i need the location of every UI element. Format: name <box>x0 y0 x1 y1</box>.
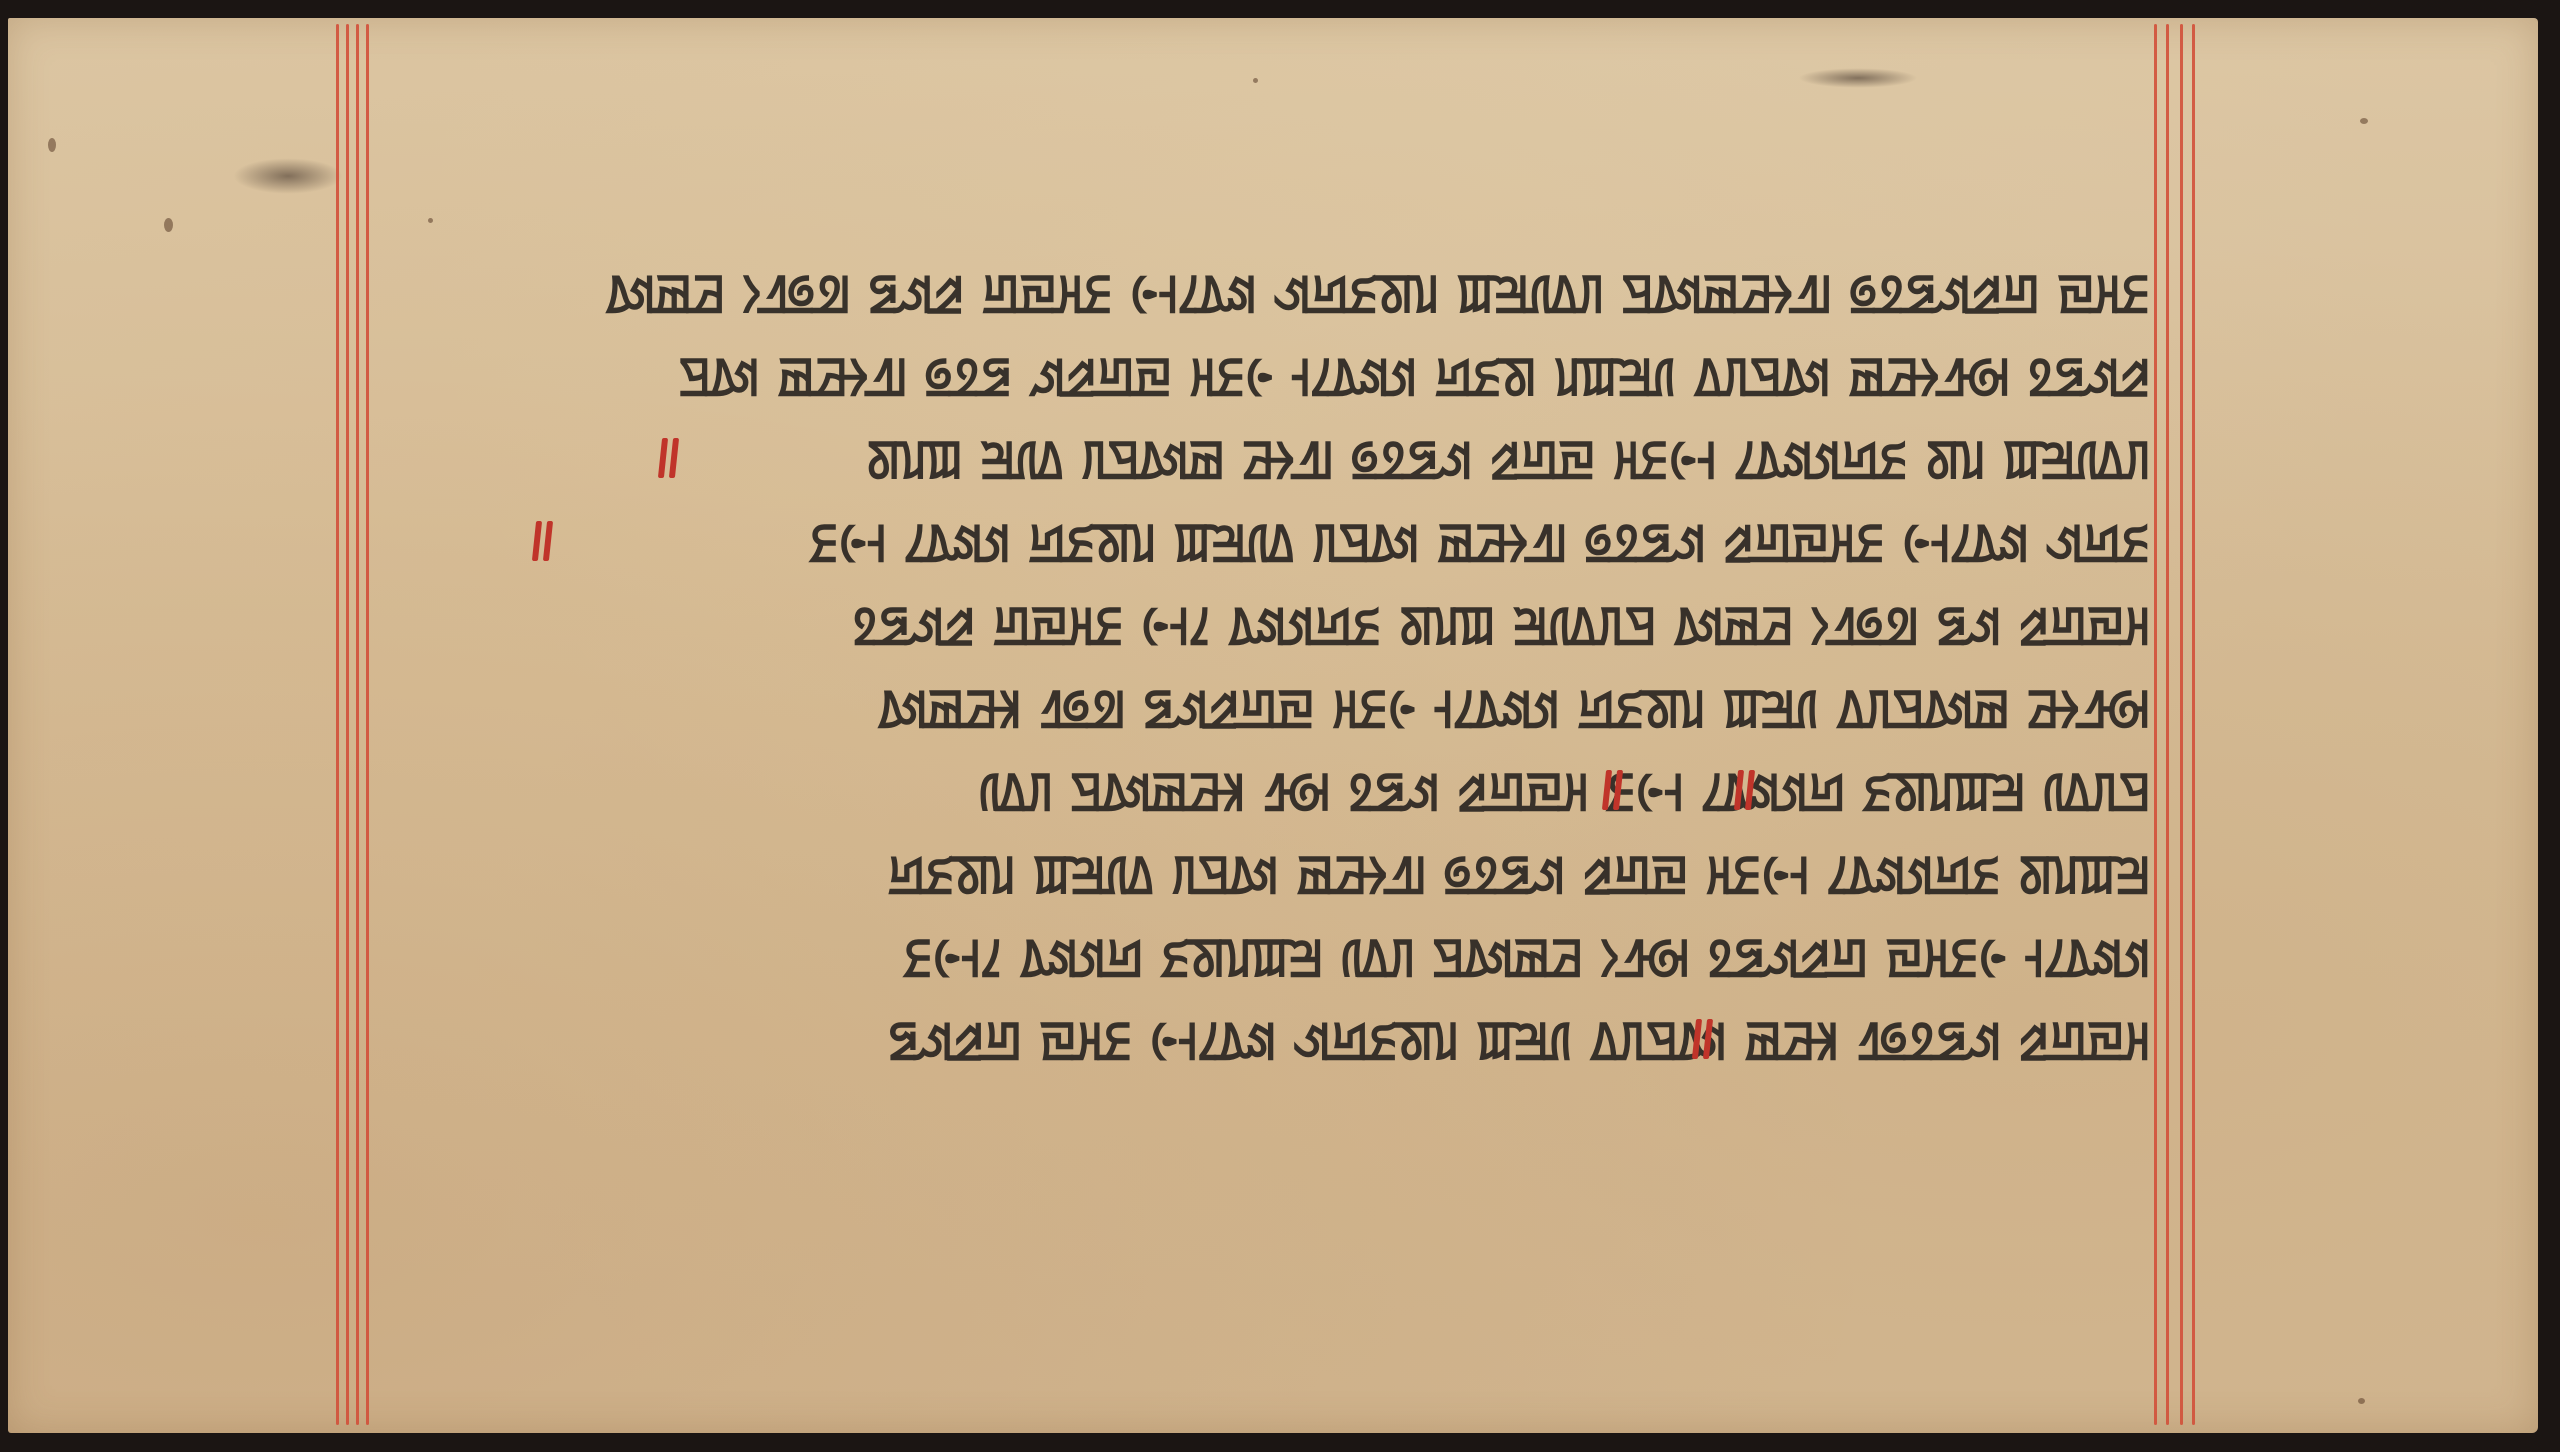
manuscript-line-10: ꡘꡙꡚꡛ ꡜꡝꡞꡟꡠ ꡡꡢꡣ ꡤꡥꡦꡧ ꡨꡩꡪ ꡫꡬꡭꡮꡯ ꡰꡱꡲꡳ ꡗꡘꡙ ꡚ… <box>380 990 2150 1073</box>
left-margin-rule <box>366 24 369 1425</box>
left-margin-rule <box>346 24 349 1425</box>
manuscript-text-block: ꡗꡘꡙ ꡚꡛꡜꡝꡞꡟ ꡠꡡꡢꡣꡤꡥ ꡦꡧꡨꡩꡪ ꡫꡬꡭꡮꡯ ꡰꡱꡲꡳ ꡗꡘꡙꡚ … <box>380 243 2150 1073</box>
paper-speck <box>1253 78 1258 83</box>
manuscript-line-5: ꡘꡙꡚꡛ ꡜꡝ ꡞꡟꡠꡡ ꡢꡣꡤ ꡥꡦꡧꡨꡩ ꡪꡫꡬ ꡭꡮꡯꡰ ꡱꡲꡳ ꡗꡘꡙꡚ… <box>380 575 2150 658</box>
manuscript-line-6: ꡟꡠꡡꡢ ꡣꡤꡥꡦꡧ ꡨꡩꡪ ꡫꡬꡭꡮ ꡯꡰꡱꡲ ꡳꡗꡘ ꡙꡚꡛꡜꡝ ꡞꡟꡠ ꡡ… <box>380 658 2150 741</box>
line-script: ꡗꡘꡙ ꡚꡛꡜꡝꡞꡟ ꡠꡡꡢꡣꡤꡥ ꡦꡧꡨꡩꡪ ꡫꡬꡭꡮꡯ ꡰꡱꡲꡳ ꡗꡘꡙꡚ … <box>380 266 2150 326</box>
line-script: ꡯꡰꡱꡲ ꡳꡗꡘꡙ ꡚꡛꡜꡝꡞ ꡟꡠꡡ ꡢꡣꡤꡥ ꡦꡧꡨ ꡩꡪꡫꡬꡭ ꡮꡯꡰ ꡱ… <box>380 930 2150 990</box>
manuscript-folio: ꡗꡘꡙ ꡚꡛꡜꡝꡞꡟ ꡠꡡꡢꡣꡤꡥ ꡦꡧꡨꡩꡪ ꡫꡬꡭꡮꡯ ꡰꡱꡲꡳ ꡗꡘꡙꡚ … <box>8 18 2538 1433</box>
paper-speck <box>48 138 56 152</box>
ink-smudge <box>1798 68 1918 88</box>
right-margin-rule <box>2180 24 2183 1425</box>
paper-speck <box>2360 118 2368 124</box>
manuscript-line-9: ꡯꡰꡱꡲ ꡳꡗꡘꡙ ꡚꡛꡜꡝꡞ ꡟꡠꡡ ꡢꡣꡤꡥ ꡦꡧꡨ ꡩꡪꡫꡬꡭ ꡮꡯꡰ ꡱ… <box>380 907 2150 990</box>
red-double-danda <box>1602 768 1624 810</box>
line-script: ꡘꡙꡚꡛ ꡜꡝꡞꡟꡠ ꡡꡢꡣ ꡤꡥꡦꡧ ꡨꡩꡪ ꡫꡬꡭꡮꡯ ꡰꡱꡲꡳ ꡗꡘꡙ ꡚ… <box>380 1013 2150 1073</box>
left-margin-rule <box>356 24 359 1425</box>
manuscript-photo: ꡗꡘꡙ ꡚꡛꡜꡝꡞꡟ ꡠꡡꡢꡣꡤꡥ ꡦꡧꡨꡩꡪ ꡫꡬꡭꡮꡯ ꡰꡱꡲꡳ ꡗꡘꡙꡚ … <box>0 0 2560 1452</box>
paper-speck <box>2358 1398 2365 1404</box>
manuscript-line-4: ꡭꡮꡯ ꡰꡱꡲꡳ ꡗꡘꡙꡚꡛ ꡜꡝꡞꡟ ꡠꡡꡢꡣ ꡤꡥꡦ ꡧꡨꡩꡪ ꡫꡬꡭꡮ ꡯ… <box>380 492 2150 575</box>
line-script: ꡦꡧꡨꡩꡪ ꡫꡬ ꡭꡮꡯꡰꡱ ꡲꡳꡗꡘ ꡙꡚꡛ ꡜꡝꡞꡟ ꡠꡡꡢ ꡣꡤꡥꡦ ꡧꡨ… <box>380 432 2150 492</box>
line-script: ꡟꡠꡡꡢ ꡣꡤꡥꡦꡧ ꡨꡩꡪ ꡫꡬꡭꡮ ꡯꡰꡱꡲ ꡳꡗꡘ ꡙꡚꡛꡜꡝ ꡞꡟꡠ ꡡ… <box>380 681 2150 741</box>
red-double-danda <box>1734 768 1756 810</box>
line-script: ꡛꡜꡝꡞ ꡟꡠꡡꡢꡣ ꡤꡥꡦꡧ ꡨꡩꡪꡫ ꡬꡭꡮ ꡯꡰꡱꡲ ꡳꡗꡘ ꡙꡚꡛꡜ ꡝ… <box>380 349 2150 409</box>
line-script: ꡭꡮꡯ ꡰꡱꡲꡳ ꡗꡘꡙꡚꡛ ꡜꡝꡞꡟ ꡠꡡꡢꡣ ꡤꡥꡦ ꡧꡨꡩꡪ ꡫꡬꡭꡮ ꡯ… <box>380 515 2150 575</box>
line-script: ꡩꡪꡫꡬ ꡭꡮꡯꡰꡱ ꡲꡳꡗꡘ ꡙꡚꡛ ꡜꡝꡞꡟ ꡠꡡꡢꡣ ꡤꡥꡦ ꡧꡨꡩꡪ ꡫ… <box>380 847 2150 907</box>
right-margin-rule <box>2192 24 2195 1425</box>
red-double-danda <box>658 436 680 478</box>
manuscript-line-2: ꡛꡜꡝꡞ ꡟꡠꡡꡢꡣ ꡤꡥꡦꡧ ꡨꡩꡪꡫ ꡬꡭꡮ ꡯꡰꡱꡲ ꡳꡗꡘ ꡙꡚꡛꡜ ꡝ… <box>380 326 2150 409</box>
right-margin-rule <box>2154 24 2157 1425</box>
line-script: ꡥꡦꡧꡨ ꡩꡪꡫꡬꡭ ꡮꡯꡰꡱ ꡲꡳꡗ ꡘꡙꡚꡛ ꡜꡝꡞ ꡟꡠ ꡡꡢꡣꡤꡥ ꡦꡧ… <box>380 764 2150 824</box>
paper-speck <box>428 218 433 223</box>
manuscript-line-7: ꡥꡦꡧꡨ ꡩꡪꡫꡬꡭ ꡮꡯꡰꡱ ꡲꡳꡗ ꡘꡙꡚꡛ ꡜꡝꡞ ꡟꡠ ꡡꡢꡣꡤꡥ ꡦꡧ… <box>380 741 2150 824</box>
line-script: ꡘꡙꡚꡛ ꡜꡝ ꡞꡟꡠꡡ ꡢꡣꡤ ꡥꡦꡧꡨꡩ ꡪꡫꡬ ꡭꡮꡯꡰ ꡱꡲꡳ ꡗꡘꡙꡚ… <box>380 598 2150 658</box>
left-margin-rule <box>336 24 339 1425</box>
red-double-danda <box>532 519 554 561</box>
manuscript-line-3: ꡦꡧꡨꡩꡪ ꡫꡬ ꡭꡮꡯꡰꡱ ꡲꡳꡗꡘ ꡙꡚꡛ ꡜꡝꡞꡟ ꡠꡡꡢ ꡣꡤꡥꡦ ꡧꡨ… <box>380 409 2150 492</box>
paper-speck <box>164 218 173 232</box>
manuscript-line-1: ꡗꡘꡙ ꡚꡛꡜꡝꡞꡟ ꡠꡡꡢꡣꡤꡥ ꡦꡧꡨꡩꡪ ꡫꡬꡭꡮꡯ ꡰꡱꡲꡳ ꡗꡘꡙꡚ … <box>380 243 2150 326</box>
right-margin-rule <box>2166 24 2169 1425</box>
manuscript-line-8: ꡩꡪꡫꡬ ꡭꡮꡯꡰꡱ ꡲꡳꡗꡘ ꡙꡚꡛ ꡜꡝꡞꡟ ꡠꡡꡢꡣ ꡤꡥꡦ ꡧꡨꡩꡪ ꡫ… <box>380 824 2150 907</box>
ink-smudge <box>233 158 343 194</box>
red-double-danda <box>1692 1017 1714 1059</box>
